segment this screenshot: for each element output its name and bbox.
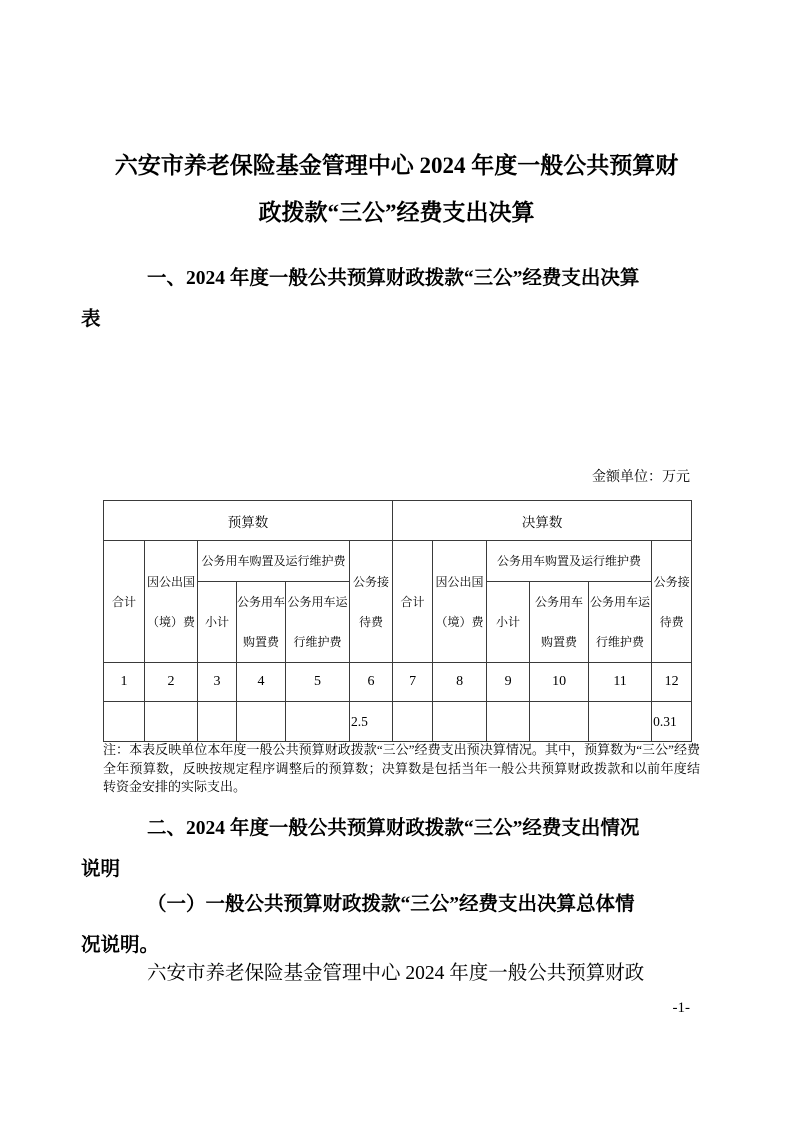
value-budget-subtotal	[198, 702, 237, 742]
header-final-purchase: 公务用车购置费	[530, 582, 589, 663]
col-number: 5	[286, 663, 350, 702]
header-final-abroad: 因公出国（境）费	[433, 541, 487, 663]
value-final-maintenance	[589, 702, 652, 742]
unit-label: 金额单位：万元	[592, 466, 690, 486]
header-budget-reception: 公务接待费	[350, 541, 393, 663]
document-page: 六安市养老保险基金管理中心 2024 年度一般公共预算财 政拨款“三公”经费支出…	[0, 0, 793, 1122]
value-final-purchase	[530, 702, 589, 742]
value-budget-reception: 2.5	[350, 702, 393, 742]
value-final-subtotal	[487, 702, 530, 742]
header-final-subtotal: 小计	[487, 582, 530, 663]
col-number: 11	[589, 663, 652, 702]
value-final-total	[393, 702, 433, 742]
col-number: 9	[487, 663, 530, 702]
section2-heading: 二、2024 年度一般公共预算财政拨款“三公”经费支出情况 说明	[81, 808, 715, 890]
table-value-row: 2.5 0.31	[104, 702, 692, 742]
header-final-reception: 公务接待费	[652, 541, 692, 663]
header-budget-subtotal: 小计	[198, 582, 237, 663]
document-title-line1: 六安市养老保险基金管理中心 2024 年度一般公共预算财	[80, 142, 713, 189]
section1-heading-line1: 一、2024 年度一般公共预算财政拨款“三公”经费支出决算	[81, 258, 715, 299]
section1-heading-line2: 表	[81, 299, 715, 340]
header-budget-vehicle-group: 公务用车购置及运行维护费	[198, 541, 350, 582]
subsection1-heading-line1: （一）一般公共预算财政拨款“三公”经费支出决算总体情	[81, 884, 715, 925]
col-number: 3	[198, 663, 237, 702]
page-number: -1-	[673, 1000, 691, 1017]
header-final-maintenance: 公务用车运行维护费	[589, 582, 652, 663]
col-number: 1	[104, 663, 145, 702]
group-header-final: 决算数	[393, 501, 692, 541]
col-number: 8	[433, 663, 487, 702]
header-budget-abroad: 因公出国（境）费	[145, 541, 198, 663]
col-number: 4	[237, 663, 286, 702]
header-budget-maintenance: 公务用车运行维护费	[286, 582, 350, 663]
col-number: 7	[393, 663, 433, 702]
document-title-line2: 政拨款“三公”经费支出决算	[80, 189, 713, 236]
col-number: 10	[530, 663, 589, 702]
value-final-abroad	[433, 702, 487, 742]
section2-heading-line1: 二、2024 年度一般公共预算财政拨款“三公”经费支出情况	[81, 808, 715, 849]
expense-table: 预算数 决算数 合计 因公出国（境）费 公务用车购置及运行维护费 公务接待费 合…	[103, 500, 692, 742]
body-paragraph: 六安市养老保险基金管理中心 2024 年度一般公共预算财政	[81, 959, 715, 989]
header-final-total: 合计	[393, 541, 433, 663]
col-number: 6	[350, 663, 393, 702]
group-header-budget: 预算数	[104, 501, 393, 541]
document-title: 六安市养老保险基金管理中心 2024 年度一般公共预算财 政拨款“三公”经费支出…	[80, 142, 713, 236]
table-note: 注：本表反映单位本年度一般公共预算财政拨款“三公”经费支出预决算情况。其中，预算…	[103, 741, 700, 797]
header-budget-purchase: 公务用车购置费	[237, 582, 286, 663]
value-budget-maintenance	[286, 702, 350, 742]
value-budget-total	[104, 702, 145, 742]
value-budget-abroad	[145, 702, 198, 742]
table-header-row-top: 合计 因公出国（境）费 公务用车购置及运行维护费 公务接待费 合计 因公出国（境…	[104, 541, 692, 582]
table-column-number-row: 1 2 3 4 5 6 7 8 9 10 11 12	[104, 663, 692, 702]
header-budget-total: 合计	[104, 541, 145, 663]
col-number: 2	[145, 663, 198, 702]
value-budget-purchase	[237, 702, 286, 742]
table-group-header-row: 预算数 决算数	[104, 501, 692, 541]
value-final-reception: 0.31	[652, 702, 692, 742]
header-final-vehicle-group: 公务用车购置及运行维护费	[487, 541, 652, 582]
col-number: 12	[652, 663, 692, 702]
section1-heading: 一、2024 年度一般公共预算财政拨款“三公”经费支出决算 表	[81, 258, 715, 340]
subsection1-heading: （一）一般公共预算财政拨款“三公”经费支出决算总体情 况说明。	[81, 884, 715, 966]
